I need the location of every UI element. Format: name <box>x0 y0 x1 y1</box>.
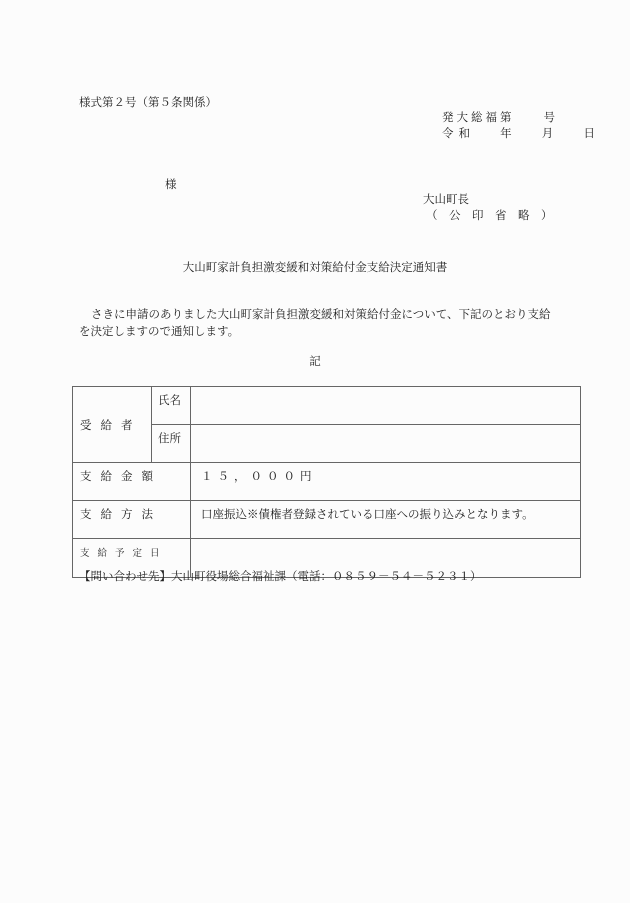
form-number: 様式第２号（第５条関係） <box>79 97 217 109</box>
recipient-suffix: 様 <box>165 179 177 191</box>
amount-label: 支給金額 <box>73 463 191 501</box>
amount-value: １５，０００円 <box>191 463 581 501</box>
name-label: 氏名 <box>152 387 191 425</box>
table-row-amount: 支給金額 １５，０００円 <box>73 463 581 501</box>
details-table: 受給者 氏名 住所 支給金額 １５，０００円 支給方法 口座振込※債権者登録され… <box>72 386 581 578</box>
name-value <box>191 387 581 425</box>
table-row-name: 受給者 氏名 <box>73 387 581 425</box>
seal-note: （ 公 印 省 略 ） <box>426 210 553 222</box>
table-row-method: 支給方法 口座振込※債権者登録されている口座への振り込みとなります。 <box>73 501 581 539</box>
address-label: 住所 <box>152 425 191 463</box>
recipient-label: 受給者 <box>73 387 152 463</box>
document-number: 発大総福第 号 <box>442 112 558 124</box>
contact-info: 【問い合わせ先】大山町役場総合福祉課（電話：０８５９－５４－５２３１） <box>79 571 482 583</box>
document-title: 大山町家計負担激変緩和対策給付金支給決定通知書 <box>0 262 630 274</box>
document-date: 令和 年 月 日 <box>442 128 600 140</box>
issuer-name: 大山町長 <box>423 194 469 206</box>
ki-label: 記 <box>0 356 630 368</box>
body-text: さきに申請のありました大山町家計負担激変緩和対策給付金について、下記のとおり支給… <box>79 306 554 340</box>
method-label: 支給方法 <box>73 501 191 539</box>
address-value <box>191 425 581 463</box>
method-value: 口座振込※債権者登録されている口座への振り込みとなります。 <box>191 501 581 539</box>
